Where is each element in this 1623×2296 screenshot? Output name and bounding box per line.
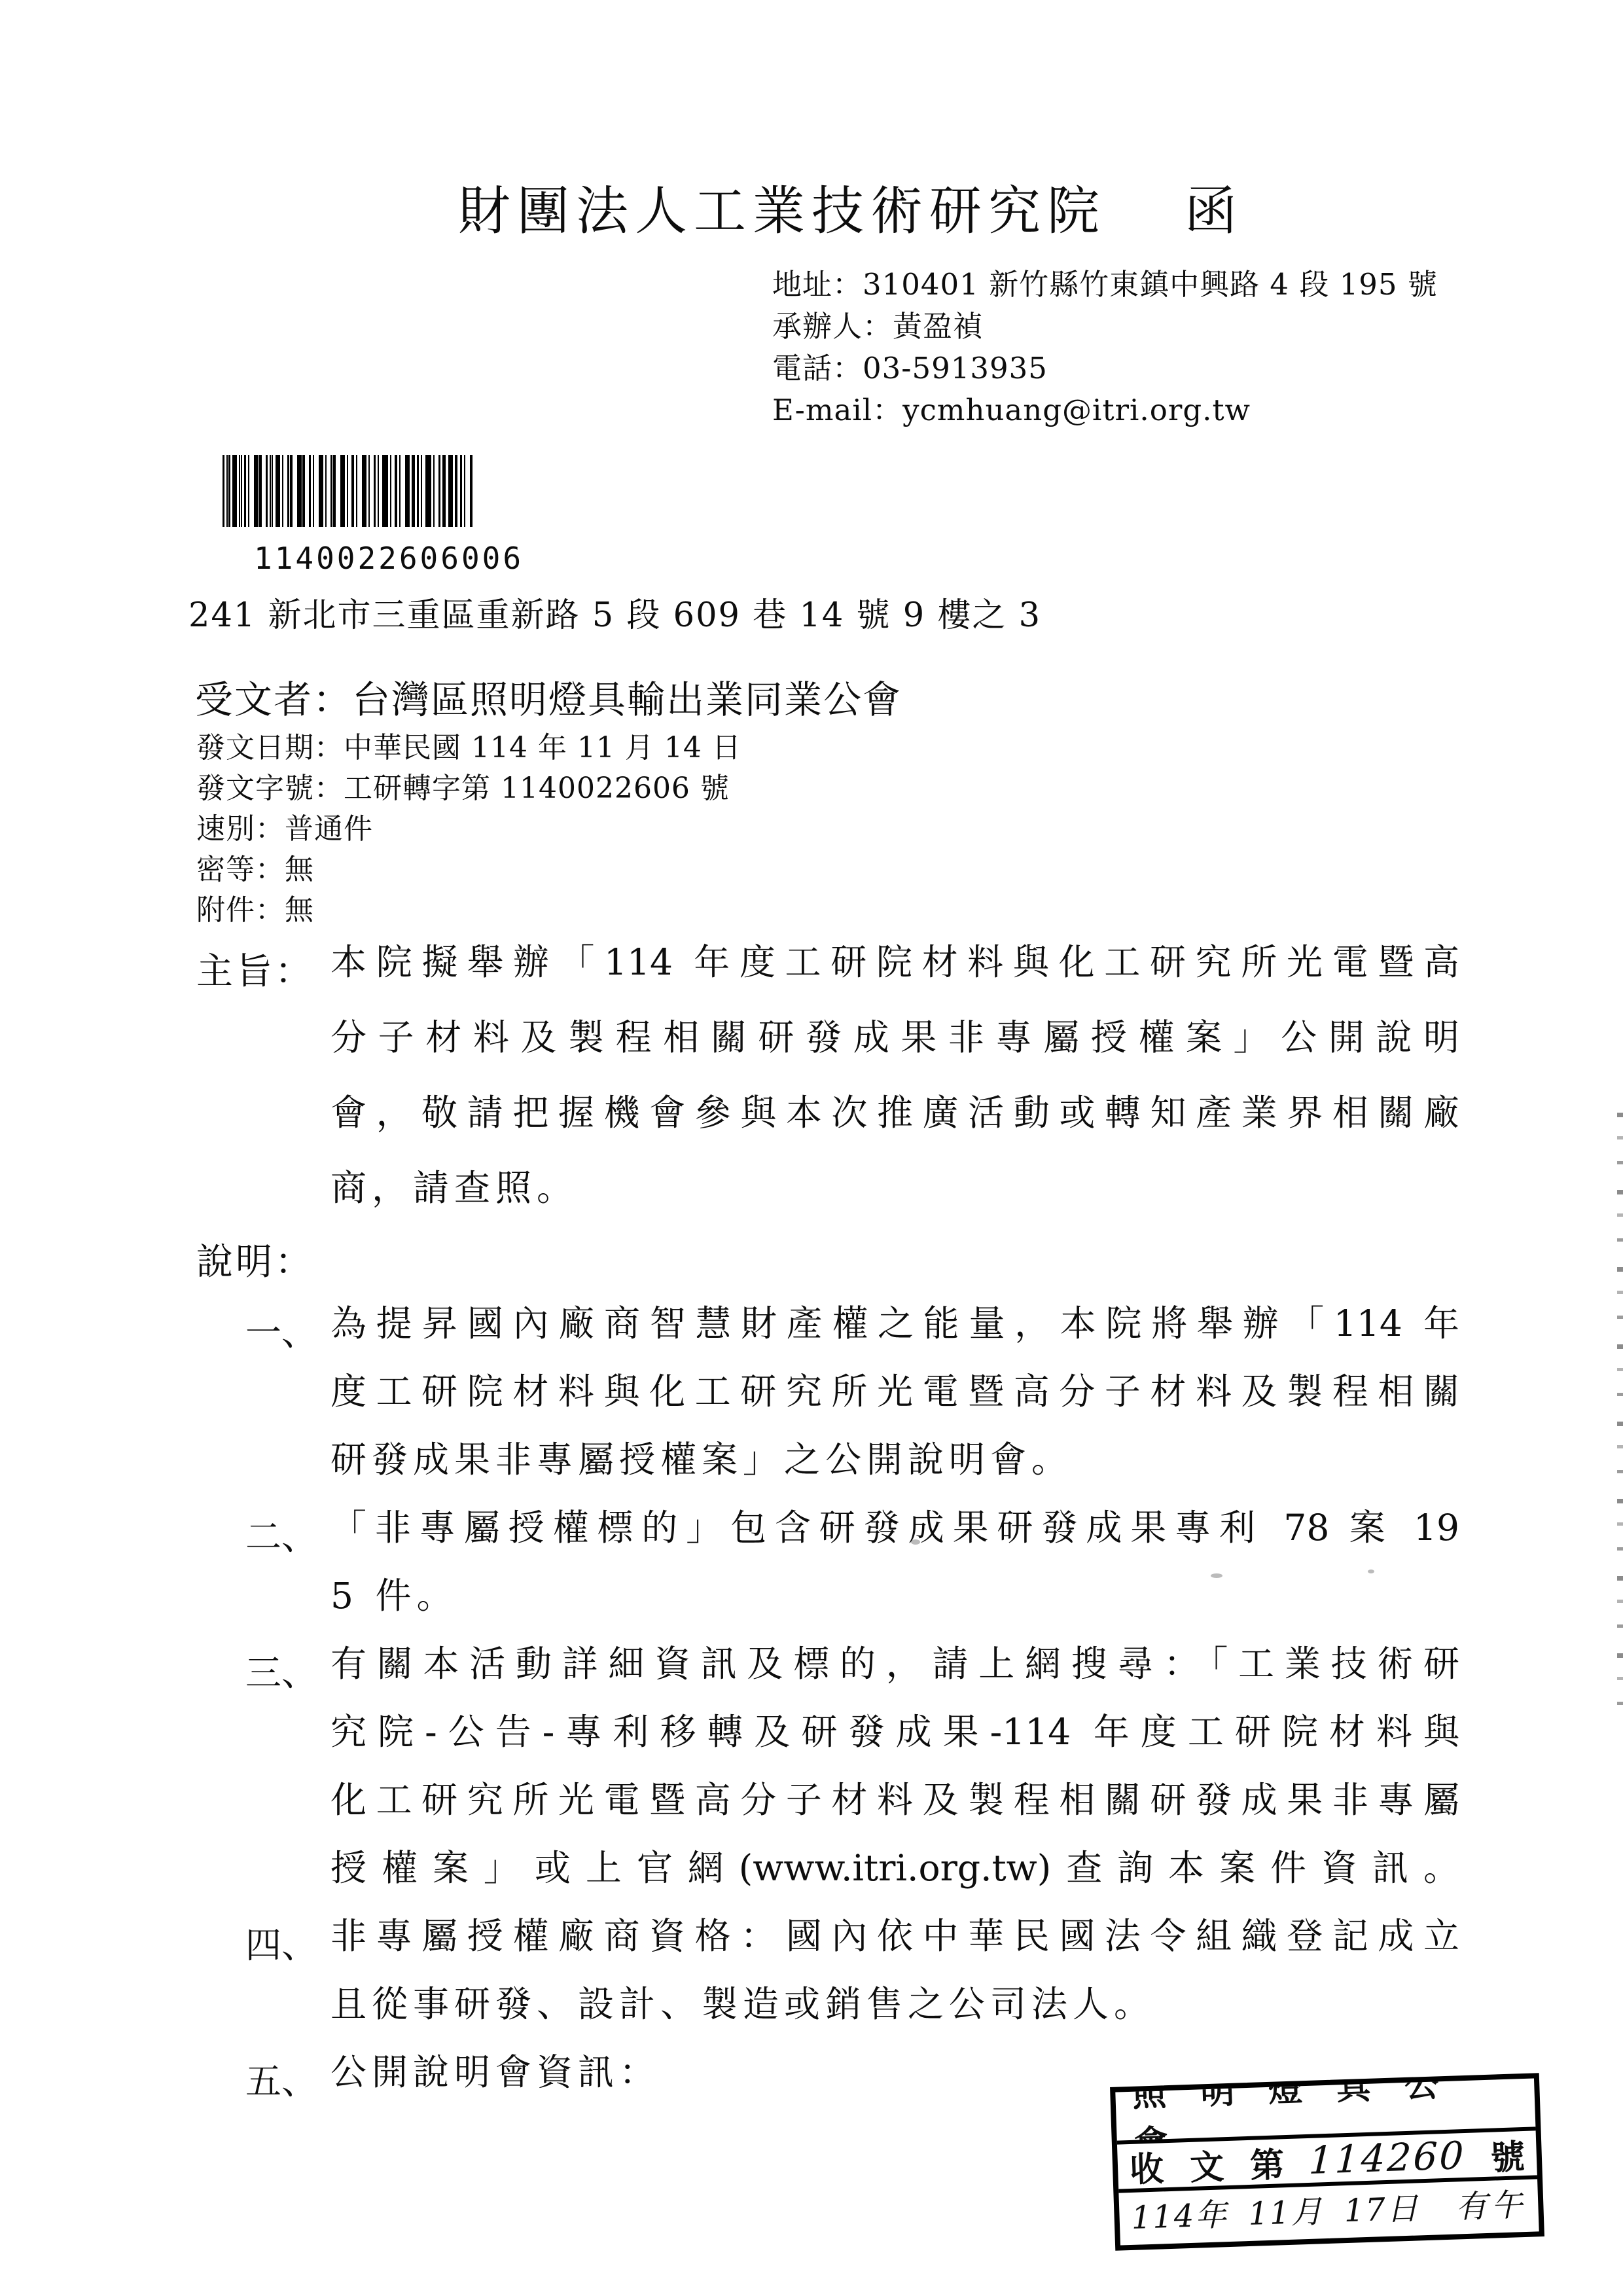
contact-address-line: 地址：310401 新竹縣竹東鎮中興路 4 段 195 號 [772,260,1438,303]
barcode-number: 1140022606006 [254,541,524,576]
item-number: 二、 [245,1508,317,1560]
item-line: 為提昇國內廠商智慧財產權之能量，本院將舉辦「114 年 [330,1304,1459,1344]
item-line: 「非專屬授權標的」包含研發成果研發成果專利 78 案 19 [330,1508,1459,1548]
document-title: 財團法人工業技術研究院 函 [458,169,1243,244]
mailing-address: 241 新北市三重區重新路 5 段 609 巷 14 號 9 樓之 3 [188,588,1041,636]
explanation-label: 說明： [196,1233,314,1285]
stamp-receipt-number: 114260 [1308,2133,1467,2183]
stamp-receipt-prefix: 收 文 第 [1129,2137,1285,2189]
stamp-receipt-suffix: 號 [1490,2129,1525,2179]
security-class-line: 密等：無 [196,846,314,888]
document-type: 函 [1185,169,1243,244]
reference-number-line: 發文字號：工研轉字第 1140022606 號 [196,764,730,806]
issuing-org-name: 財團法人工業技術研究院 [458,169,1106,244]
attachment-line: 附件：無 [196,886,314,928]
contact-person-line: 承辦人：黃盈禎 [772,302,983,345]
scan-edge-noise [1617,1113,1623,1715]
subject-line: 會，敬請把握機會參與本次推廣活動或轉知產業界相關廠 [330,1093,1459,1133]
issue-date-line: 發文日期：中華民國 114 年 11 月 14 日 [196,724,741,766]
item-number: 五、 [245,2053,317,2104]
received-stamp: 照明燈具公會 收 文 第 114260 號 114年 11月 17日 有午 [1110,2073,1544,2251]
item-line: 5 件。 [330,1576,1459,1616]
item-number: 四、 [245,1916,317,1968]
scan-noise [911,1539,920,1545]
item-line: 非專屬授權廠商資格：國內依中華民國法令組織登記成立 [330,1916,1459,1956]
contact-email-line: E-mail：ycmhuang@itri.org.tw [772,386,1251,429]
subject-line: 分子材料及製程相關研發成果非專屬授權案」公開說明 [330,1018,1459,1058]
scan-noise [1211,1573,1222,1578]
item-line: 究院-公告-專利移轉及研發成果-114 年度工研院材料與 [330,1712,1459,1752]
barcode-image [223,455,473,527]
priority-line: 速別：普通件 [196,805,373,847]
scanned-letter-page: { "header": { "org": "財團法人工業技術研究院", "doc… [0,0,1623,2296]
item-line: 有關本活動詳細資訊及標的，請上網搜尋：「工業技術研 [330,1644,1459,1684]
stamp-time: 有午 [1455,2179,1527,2227]
subject-line: 本院擬舉辦「114 年度工研院材料與化工研究所光電暨高 [330,942,1459,982]
item-number: 三、 [245,1644,317,1696]
item-line: 且從事研發、設計、製造或銷售之公司法人。 [330,1984,1459,2024]
scan-noise [1368,1570,1374,1573]
item-number: 一、 [245,1304,317,1355]
title-spacer [1106,169,1185,244]
recipient-line: 受文者：台灣區照明燈具輸出業同業公會 [195,669,902,724]
item-line: 授權案」或上官網(www.itri.org.tw)查詢本案件資訊。 [330,1848,1459,1888]
stamp-date: 114年 11月 17日 [1130,2183,1419,2238]
item-line: 度工研院材料與化工研究所光電暨高分子材料及製程相關 [330,1372,1459,1412]
subject-label: 主旨： [196,942,314,995]
contact-phone-line: 電話：03-5913935 [772,344,1048,387]
item-line: 化工研究所光電暨高分子材料及製程相關研發成果非專屬 [330,1780,1459,1820]
item-line: 研發成果非專屬授權案」之公開說明會。 [330,1440,1459,1480]
subject-line: 商，請查照。 [330,1168,1459,1208]
